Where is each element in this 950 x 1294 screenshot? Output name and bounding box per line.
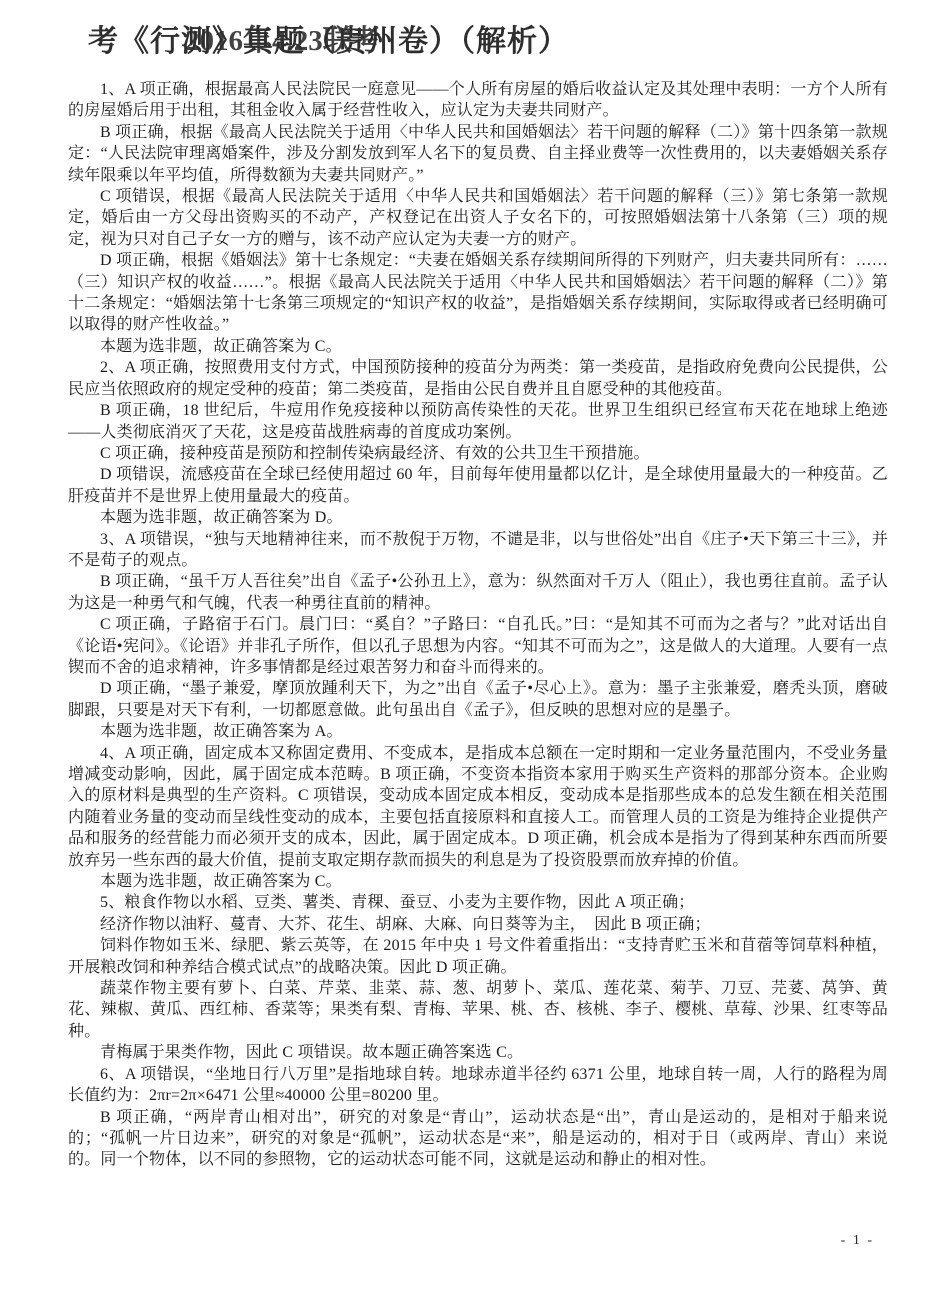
paragraph: 4、A 项正确，固定成本又称固定费用、不变成本，是指成本总额在一定时期和一定业务… [68, 743, 888, 871]
page-number: - 1 - [841, 1233, 874, 1249]
paragraph: B 项正确，根据《最高人民法院关于适用〈中华人民共和国婚姻法〉若干问题的解释（二… [68, 122, 888, 186]
paragraph: 3、A 项错误，“独与天地精神往来，而不敖倪于万物，不谴是非，以与世俗处”出自《… [68, 529, 888, 572]
paragraph: C 项错误，根据《最高人民法院关于适用〈中华人民共和国婚姻法〉若干问题的解释（三… [68, 186, 888, 250]
paragraph: 5、粮食作物以水稻、豆类、薯类、青稞、蚕豆、小麦为主要作物，因此 A 项正确； [68, 892, 888, 913]
paragraph: 1、A 项正确，根据最高人民法院民一庭意见——个人所有房屋的婚后收益认定及其处理… [68, 79, 888, 122]
paragraph: D 项正确，根据《婚姻法》第十七条规定：“夫妻在婚姻关系存续期间所得的下列财产，… [68, 250, 888, 336]
paragraph: 本题为选非题，故正确答案为 C。 [68, 871, 888, 892]
paragraph: C 项正确，接种疫苗是预防和控制传染病最经济、有效的公共卫生干预措施。 [68, 443, 888, 464]
title-main-layer: 考《行测》真题（贵州卷）（解析） [88, 16, 569, 60]
paragraph: 青梅属于果类作物，因此 C 项错误。故本题正确答案选 C。 [68, 1042, 888, 1063]
paragraph: D 项错误，流感疫苗在全球已经使用超过 60 年，目前每年使用量都以亿计，是全球… [68, 464, 888, 507]
paragraph: B 项正确，18 世纪后，牛痘用作免疫接种以预防高传染性的天花。世界卫生组织已经… [68, 400, 888, 443]
document-title: 2016年4.23联考 考《行测》真题（贵州卷）（解析） [68, 16, 888, 64]
document-page: 2016年4.23联考 考《行测》真题（贵州卷）（解析） 1、A 项正确，根据最… [0, 0, 950, 1294]
paragraph: D 项正确，“墨子兼爱，摩顶放踵利天下，为之”出自《孟子•尽心上》。意为：墨子主… [68, 678, 888, 721]
paragraph: 饲料作物如玉米、绿肥、紫云英等，在 2015 年中央 1 号文件着重指出：“支持… [68, 935, 888, 978]
paragraph: 6、A 项错误，“坐地日行八万里”是指地球自转。地球赤道半径约 6371 公里，… [68, 1064, 888, 1107]
paragraph: 本题为选非题，故正确答案为 D。 [68, 507, 888, 528]
paragraph: B 项正确，“两岸青山相对出”，研究的对象是“青山”，运动状态是“出”，青山是运… [68, 1107, 888, 1171]
paragraph: 蔬菜作物主要有萝卜、白菜、芹菜、韭菜、蒜、葱、胡萝卜、菜瓜、莲花菜、菊芋、刀豆、… [68, 978, 888, 1042]
paragraph: 本题为选非题，故正确答案为 C。 [68, 336, 888, 357]
paragraph: C 项正确，子路宿于石门。晨门曰：“奚自？”子路曰：“自孔氏。”曰：“是知其不可… [68, 614, 888, 678]
paragraph: 经济作物以油籽、蔓青、大芥、花生、胡麻、大麻、向日葵等为主， 因此 B 项正确； [68, 914, 888, 935]
paragraph: 2、A 项正确，按照费用支付方式，中国预防接种的疫苗分为两类：第一类疫苗，是指政… [68, 357, 888, 400]
document-body: 1、A 项正确，根据最高人民法院民一庭意见——个人所有房屋的婚后收益认定及其处理… [68, 79, 888, 1171]
paragraph: B 项正确，“虽千万人吾往矣”出自《孟子•公孙丑上》，意为：纵然面对千万人（阻止… [68, 571, 888, 614]
paragraph: 本题为选非题，故正确答案为 A。 [68, 721, 888, 742]
